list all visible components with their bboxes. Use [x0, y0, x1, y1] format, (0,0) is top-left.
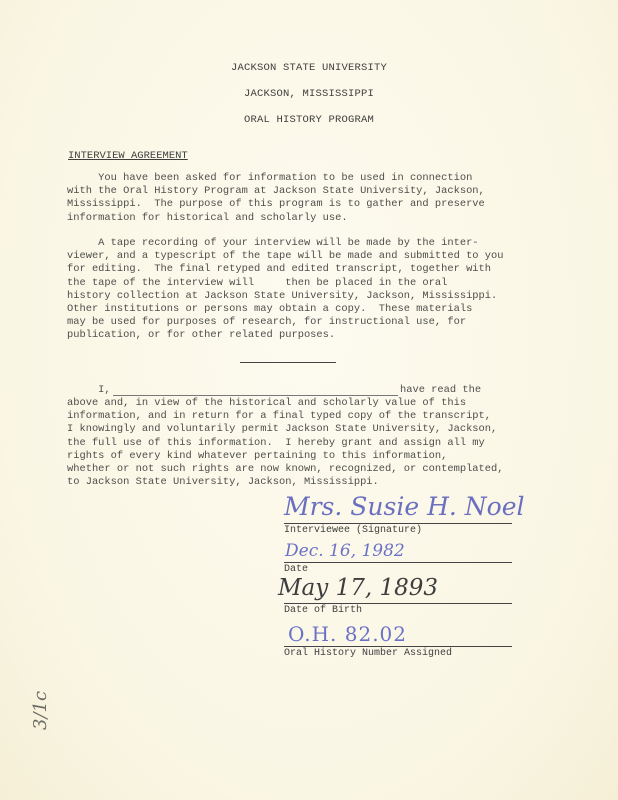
document-page: JACKSON STATE UNIVERSITY JACKSON, MISSIS… [0, 0, 618, 800]
paragraph-consent-suffix: have read the [400, 384, 540, 397]
date-handwriting: Dec. 16, 1982 [285, 541, 405, 561]
oral-history-number-line[interactable] [284, 646, 512, 647]
oral-history-number-handwriting: O.H. 82.02 [288, 622, 407, 646]
paragraph-purpose: You have been asked for information to b… [67, 172, 537, 225]
signature-handwriting: Mrs. Susie H. Noel [284, 492, 524, 521]
signature-label: Interviewee (Signature) [284, 525, 422, 536]
paragraph-consent: above and, in view of the historical and… [67, 397, 537, 489]
section-divider [240, 362, 336, 363]
birth-date-label: Date of Birth [284, 605, 362, 616]
header-location: JACKSON, MISSISSIPPI [0, 88, 618, 100]
birth-date-handwriting: May 17, 1893 [278, 575, 438, 601]
birth-date-line[interactable] [284, 603, 512, 604]
agreement-title: INTERVIEW AGREEMENT [68, 150, 188, 162]
date-label: Date [284, 564, 308, 575]
signature-line[interactable] [284, 523, 512, 524]
name-blank-line[interactable] [113, 395, 398, 396]
paragraph-recording: A tape recording of your interview will … [67, 237, 537, 343]
date-line[interactable] [284, 562, 512, 563]
margin-pencil-note: 3/1c [30, 691, 51, 730]
oral-history-number-label: Oral History Number Assigned [284, 648, 452, 659]
header-university: JACKSON STATE UNIVERSITY [0, 62, 618, 74]
header-program: ORAL HISTORY PROGRAM [0, 114, 618, 126]
